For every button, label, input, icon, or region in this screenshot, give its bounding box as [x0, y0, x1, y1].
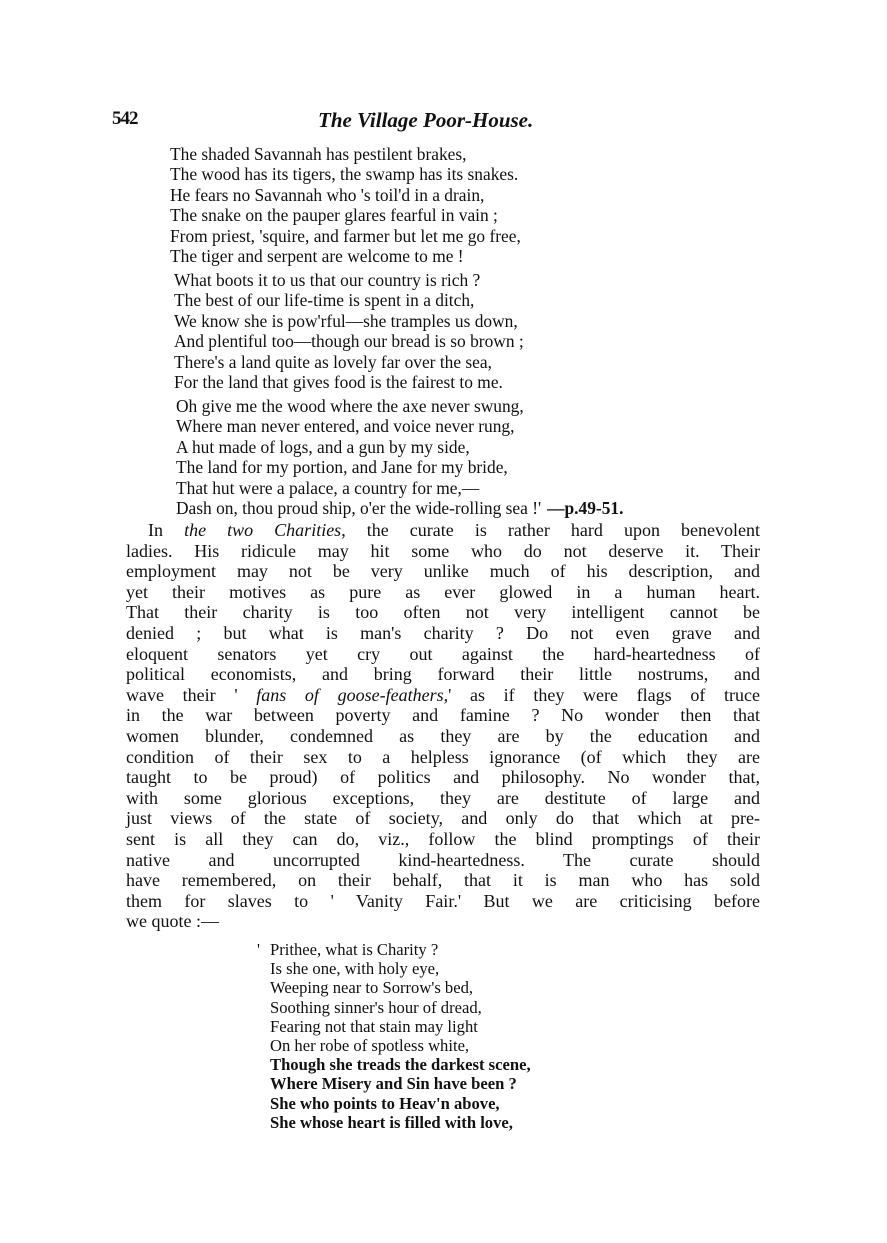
- prose-text: , the curate is rather hard upon benevol…: [341, 520, 760, 540]
- page-number: 542: [112, 108, 138, 130]
- verse-line: The tiger and serpent are welcome to me …: [170, 246, 521, 266]
- prose-line: eloquent senators yet cry out against th…: [126, 644, 760, 665]
- prose-line: In the two Charities, the curate is rath…: [126, 520, 760, 541]
- prose-line: denied ; but what is man's charity ? Do …: [126, 623, 760, 644]
- verse-line: The wood has its tigers, the swamp has i…: [170, 164, 521, 184]
- verse-line: He fears no Savannah who 's toil'd in a …: [170, 185, 521, 205]
- verse-line: Where Misery and Sin have been ?: [270, 1074, 531, 1093]
- verse-line: The snake on the pauper glares fearful i…: [170, 205, 521, 225]
- book-page: 542 The Village Poor-House. The shaded S…: [0, 0, 887, 1243]
- prose-line: sent is all they can do, viz., follow th…: [126, 829, 760, 850]
- prose-line: them for slaves to ' Vanity Fair.' But w…: [126, 891, 760, 912]
- prose-line: yet their motives as pure as ever glowed…: [126, 582, 760, 603]
- prose-line: in the war between poverty and famine ? …: [126, 705, 760, 726]
- verse-line: The best of our life-time is spent in a …: [174, 290, 524, 310]
- verse-line: On her robe of spotless white,: [270, 1036, 531, 1055]
- verse-line: Is she one, with holy eye,: [270, 959, 531, 978]
- verse-text: Prithee, what is Charity ?: [270, 940, 438, 959]
- prose-line: That their charity is too often not very…: [126, 602, 760, 623]
- poem-stanza-3: Oh give me the wood where the axe never …: [176, 396, 623, 518]
- quoted-poem: 'Prithee, what is Charity ? Is she one, …: [270, 940, 531, 1132]
- verse-line: There's a land quite as lovely far over …: [174, 352, 524, 372]
- prose-line: just views of the state of society, and …: [126, 808, 760, 829]
- poem-stanza-2: What boots it to us that our country is …: [174, 270, 524, 392]
- prose-line: women blunder, condemned as they are by …: [126, 726, 760, 747]
- verse-line: That hut were a palace, a country for me…: [176, 478, 623, 498]
- verse-line: The shaded Savannah has pestilent brakes…: [170, 144, 521, 164]
- running-head: 542 The Village Poor-House.: [112, 108, 762, 134]
- prose-line: condition of their sex to a helpless ign…: [126, 747, 760, 768]
- prose-line: taught to be proud) of politics and phil…: [126, 767, 760, 788]
- verse-line: Fearing not that stain may light: [270, 1017, 531, 1036]
- open-quote-mark: ': [257, 940, 260, 959]
- verse-line: Oh give me the wood where the axe never …: [176, 396, 623, 416]
- verse-line: She whose heart is filled with love,: [270, 1113, 531, 1132]
- verse-line-final: Dash on, thou proud ship, o'er the wide-…: [176, 498, 623, 518]
- prose-paragraph: In the two Charities, the curate is rath…: [126, 520, 760, 932]
- verse-line: She who points to Heav'n above,: [270, 1094, 531, 1113]
- prose-line: we quote :—: [126, 911, 760, 932]
- verse-line: And plentiful too—though our bread is so…: [174, 331, 524, 351]
- verse-line: We know she is pow'rful—she tramples us …: [174, 311, 524, 331]
- verse-line: Soothing sinner's hour of dread,: [270, 998, 531, 1017]
- verse-line: What boots it to us that our country is …: [174, 270, 524, 290]
- prose-line: have remembered, on their behalf, that i…: [126, 870, 760, 891]
- verse-text: Dash on, thou proud ship, o'er the wide-…: [176, 498, 541, 518]
- verse-line: Where man never entered, and voice never…: [176, 416, 623, 436]
- prose-line: with some glorious exceptions, they are …: [126, 788, 760, 809]
- prose-line: native and uncorrupted kind-heartedness.…: [126, 850, 760, 871]
- prose-text: In: [148, 520, 184, 540]
- prose-line: political economists, and bring forward …: [126, 664, 760, 685]
- verse-line: For the land that gives food is the fair…: [174, 372, 524, 392]
- prose-line: wave their ' fans of goose-feathers,' as…: [126, 685, 760, 706]
- prose-line: employment may not be very unlike much o…: [126, 561, 760, 582]
- verse-line: Though she treads the darkest scene,: [270, 1055, 531, 1074]
- work-title: the two Charities: [184, 520, 341, 540]
- quoted-phrase: fans of goose-feathers,: [256, 685, 448, 705]
- verse-line: The land for my portion, and Jane for my…: [176, 457, 623, 477]
- prose-text: wave their ': [126, 685, 256, 705]
- verse-line: Weeping near to Sorrow's bed,: [270, 978, 531, 997]
- verse-line: 'Prithee, what is Charity ?: [270, 940, 531, 959]
- verse-line: A hut made of logs, and a gun by my side…: [176, 437, 623, 457]
- page-citation: —p.49-51.: [547, 498, 623, 518]
- prose-line: ladies. His ridicule may hit some who do…: [126, 541, 760, 562]
- prose-text: ' as if they were flags of truce: [448, 685, 760, 705]
- verse-line: From priest, 'squire, and farmer but let…: [170, 226, 521, 246]
- poem-stanza-1: The shaded Savannah has pestilent brakes…: [170, 144, 521, 266]
- running-title: The Village Poor-House.: [318, 108, 533, 133]
